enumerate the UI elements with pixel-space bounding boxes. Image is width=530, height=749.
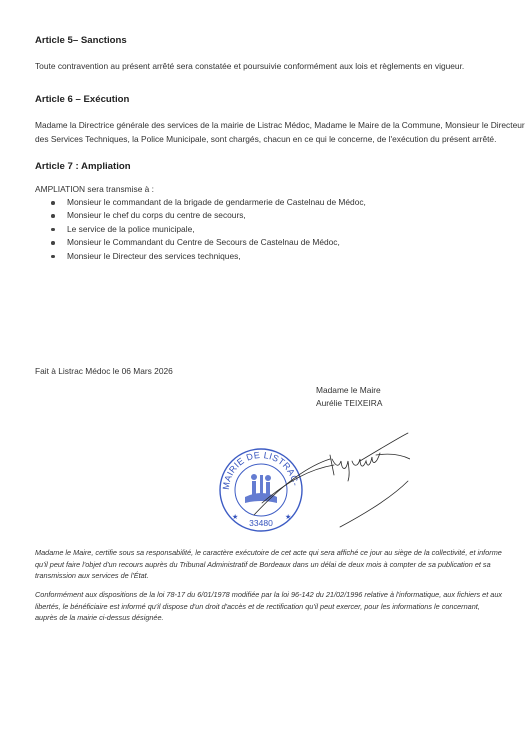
recipient-text: Monsieur le commandant de la brigade de … bbox=[67, 197, 366, 207]
list-item: Monsieur le Directeur des services techn… bbox=[35, 250, 366, 263]
stamp-and-signature: MAIRIE DE LISTRAC-MÉDOC ★ ★ 33480 bbox=[210, 415, 410, 545]
article-6-heading: Article 6 – Exécution bbox=[35, 94, 129, 105]
recipient-text: Monsieur le Directeur des services techn… bbox=[67, 251, 241, 261]
handwritten-signature-icon bbox=[254, 433, 410, 527]
bullet-icon bbox=[51, 228, 55, 232]
article-5-heading: Article 5– Sanctions bbox=[35, 35, 127, 46]
article-6-body-line-2: des Services Techniques, la Police Munic… bbox=[35, 133, 496, 147]
svg-text:★: ★ bbox=[285, 513, 291, 521]
bullet-icon bbox=[51, 241, 55, 245]
mairie-stamp-icon: MAIRIE DE LISTRAC-MÉDOC ★ ★ 33480 bbox=[210, 415, 302, 531]
article-6-body-line-1: Madame la Directrice générale des servic… bbox=[35, 119, 525, 133]
article-7-intro: AMPLIATION sera transmise à : bbox=[35, 183, 154, 197]
svg-text:★: ★ bbox=[232, 513, 238, 521]
bullet-icon bbox=[51, 255, 55, 259]
legal-notice-data-protection: Conformément aux dispositions de la loi … bbox=[35, 589, 503, 624]
signatory-name: Aurélie TEIXEIRA bbox=[316, 397, 382, 410]
recipient-text: Monsieur le chef du corps du centre de s… bbox=[67, 210, 246, 220]
recipient-text: Le service de la police municipale, bbox=[67, 224, 195, 234]
list-item: Monsieur le chef du corps du centre de s… bbox=[35, 209, 366, 222]
signatory-block: Madame le Maire Aurélie TEIXEIRA bbox=[316, 384, 382, 410]
list-item: Le service de la police municipale, bbox=[35, 223, 366, 236]
article-7-heading: Article 7 : Ampliation bbox=[35, 161, 131, 172]
document-page: Article 5– Sanctions Toute contravention… bbox=[0, 0, 530, 749]
recipient-text: Monsieur le Commandant du Centre de Seco… bbox=[67, 237, 340, 247]
bullet-icon bbox=[51, 201, 55, 205]
signatory-title: Madame le Maire bbox=[316, 384, 382, 397]
list-item: Monsieur le commandant de la brigade de … bbox=[35, 196, 366, 209]
article-5-body: Toute contravention au présent arrêté se… bbox=[35, 60, 464, 74]
place-and-date: Fait à Listrac Médoc le 06 Mars 2026 bbox=[35, 365, 173, 379]
legal-notice-enforceability: Madame le Maire, certifie sous sa respon… bbox=[35, 547, 503, 582]
bullet-icon bbox=[51, 214, 55, 218]
stamp-postcode: 33480 bbox=[249, 518, 273, 528]
list-item: Monsieur le Commandant du Centre de Seco… bbox=[35, 236, 366, 249]
recipient-list: Monsieur le commandant de la brigade de … bbox=[35, 196, 366, 263]
